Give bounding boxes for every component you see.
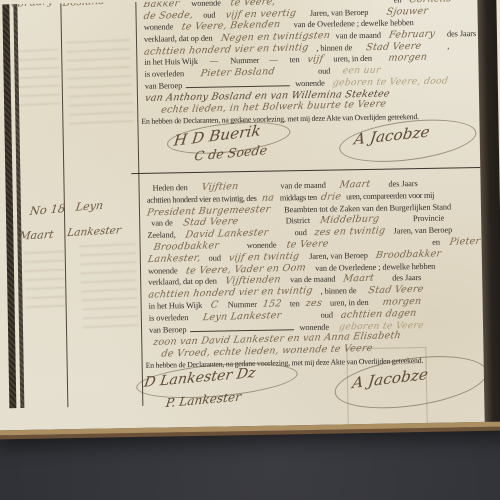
page-content: February Bosland Bakkerwonendete Veere,e… xyxy=(0,0,500,430)
handwritten-text-segment: drie xyxy=(320,191,342,203)
handwritten-text-segment: Broodbakker xyxy=(153,240,220,254)
printed-text-segment: van de maand xyxy=(335,30,381,42)
handwritten-text-segment: zes xyxy=(305,298,323,310)
printed-text-segment: uren, in den xyxy=(333,53,372,65)
printed-text-segment: wonende xyxy=(247,240,277,252)
ink-bleed-ghost xyxy=(79,243,139,335)
handwritten-text-segment: February xyxy=(388,29,436,42)
printed-text-segment: en xyxy=(432,237,440,249)
printed-text-segment: in het Huis Wijk xyxy=(149,300,203,313)
ink-bleed-ghost xyxy=(66,39,134,128)
printed-text-segment: ten xyxy=(290,55,300,67)
printed-text-segment: verklaard, dat op den xyxy=(144,33,213,46)
record-separator-rule xyxy=(131,166,480,174)
margin-month-previous-record: February xyxy=(4,0,53,11)
ink-bleed-ghost xyxy=(24,251,67,313)
margin-record-number: No 18 xyxy=(29,201,66,218)
printed-text-segment: Jaren, van Beroep xyxy=(310,7,369,20)
printed-text-segment: Jaren, van Beroep xyxy=(394,225,453,238)
handwritten-text-segment: C xyxy=(209,299,218,311)
handwritten-text-segment: Lankester, xyxy=(147,252,202,265)
printed-text-segment: is overleden xyxy=(144,68,184,80)
printed-text-segment: uren, in den xyxy=(330,297,369,309)
handwritten-text-segment: morgen xyxy=(387,52,427,65)
printed-text-segment: van Beroep xyxy=(149,324,187,336)
printed-text-segment: van de xyxy=(151,218,173,230)
handwritten-text-segment: zes en twintig xyxy=(314,225,387,239)
printed-text-segment: — xyxy=(210,56,218,68)
handwritten-text-segment: Bakker xyxy=(142,0,180,11)
printed-text-segment: middags ten xyxy=(280,192,317,204)
handwritten-text-segment: 152 xyxy=(262,298,283,310)
margin-deceased-first-name: Leyn xyxy=(75,199,104,214)
handwritten-text-segment: Sjouwer xyxy=(385,5,428,18)
printed-text-segment: oud xyxy=(318,66,330,78)
printed-text-segment: ten xyxy=(290,298,300,310)
margin-deceased-last-name: Lankester xyxy=(66,224,122,239)
printed-text-segment: , xyxy=(447,40,449,52)
printed-text-segment: en xyxy=(394,0,402,6)
printed-text-segment: Nummer xyxy=(230,55,259,67)
printed-text-segment: van de maand xyxy=(280,180,326,193)
printed-text-segment: is overleden xyxy=(149,312,189,324)
death-record-2: Heden denVijftienvan de maandMaartdes Ja… xyxy=(142,177,483,370)
printed-text-segment: , binnen de xyxy=(320,285,356,297)
printed-text-segment: District xyxy=(286,215,311,227)
margin-record-month: Maart xyxy=(18,228,54,243)
handwritten-text-segment: na xyxy=(261,192,275,204)
margin-name-previous-record: Bosland xyxy=(62,0,105,9)
printed-text-segment: — xyxy=(269,55,277,67)
printed-text-segment: in het Huis Wijk xyxy=(144,56,198,69)
handwritten-text-segment: Maart xyxy=(343,273,376,286)
handwritten-text-segment: te Veere xyxy=(286,238,330,251)
record-1-lines: Bakkerwonendete Veere,enCornelisde Soede… xyxy=(139,0,479,116)
printed-text-segment: Nummer xyxy=(228,299,257,311)
printed-text-segment: Heden den xyxy=(152,182,187,194)
printed-text-segment: wonende xyxy=(144,22,174,34)
printed-text-segment: wonende xyxy=(148,265,178,277)
printed-text-segment: Jaren, van Beroep xyxy=(309,250,368,263)
handwritten-text-segment: Pieter xyxy=(449,236,481,249)
handwritten-text-segment: Broodbakker xyxy=(375,248,442,262)
photo-background: February Bosland Bakkerwonendete Veere,e… xyxy=(0,0,500,500)
printed-text-segment: oud xyxy=(321,309,333,321)
printed-text-segment: , binnen de xyxy=(316,42,352,54)
ink-bleed-ghost xyxy=(12,49,61,111)
death-record-1: Bakkerwonendete Veere,enCornelisde Soede… xyxy=(139,0,479,126)
handwritten-text-segment: Pieter Bosland xyxy=(199,66,275,80)
printed-text-segment: Provincie xyxy=(413,213,444,225)
printed-text-segment: van Beroep xyxy=(145,80,183,92)
printed-text-segment: wonende xyxy=(295,77,325,89)
printed-text-segment: des Jaars xyxy=(447,28,476,40)
printed-text-segment: Zeeland, xyxy=(147,229,175,241)
handwritten-text-segment: Leyn Lankester xyxy=(201,310,281,324)
record-2-lines: Heden denVijftienvan de maandMaartdes Ja… xyxy=(142,177,483,360)
handwritten-text-segment: Maart xyxy=(339,179,372,192)
printed-text-segment: oud xyxy=(203,9,215,21)
printed-text-segment: des Jaars xyxy=(392,272,421,284)
printed-text-segment: oud xyxy=(209,252,221,264)
printed-text-segment: oud xyxy=(294,227,306,239)
register-page: February Bosland Bakkerwonendete Veere,e… xyxy=(0,0,500,435)
printed-text-segment: des Jaars xyxy=(388,178,417,190)
handwritten-text-segment: een uur xyxy=(341,65,381,77)
handwritten-text-segment: Vijftien xyxy=(201,181,240,194)
printed-text-segment: wonende xyxy=(191,0,221,10)
handwritten-text-segment: geboren te Veere, dood xyxy=(332,75,449,89)
handwritten-text-segment: vijf xyxy=(307,54,325,66)
handwritten-text-segment: de Soede, xyxy=(143,9,194,22)
